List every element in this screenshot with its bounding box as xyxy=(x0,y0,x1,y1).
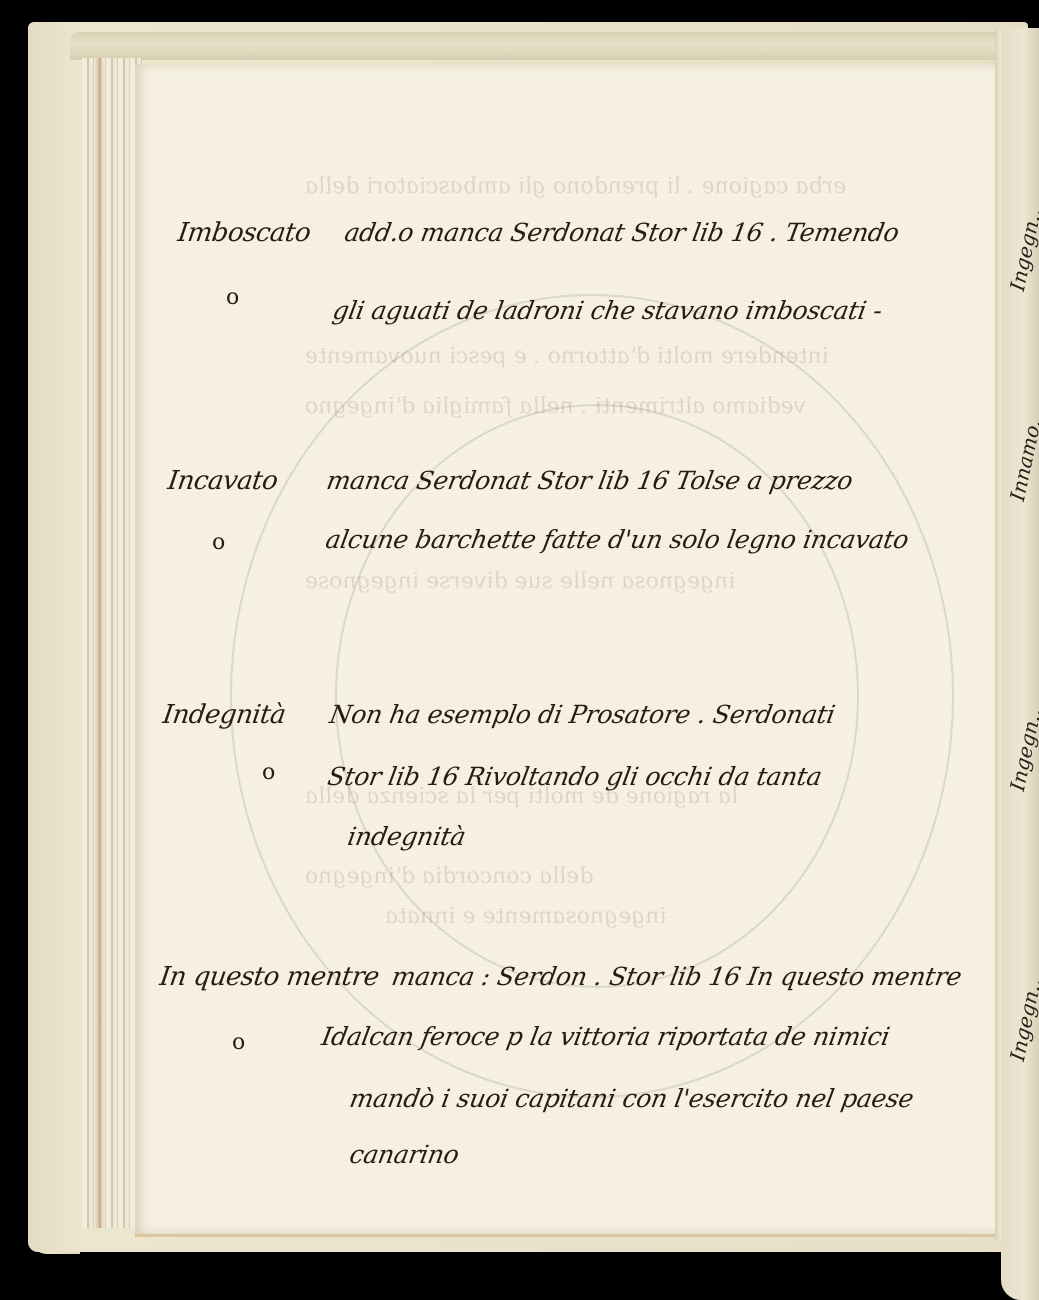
facing-page-word: Ingegn... xyxy=(1005,700,1039,793)
bleed-through-text: erba cagione . li prendono gli ambasciat… xyxy=(303,174,848,199)
page-block-edges xyxy=(82,58,142,1228)
entry-headword: Indegnità xyxy=(161,700,287,730)
entry-marker: o xyxy=(226,285,239,310)
bleed-through-text: intendere molti d'attorno . e pesci nuov… xyxy=(303,344,830,369)
entry-marker: o xyxy=(262,760,275,785)
entry-headword: In questo mentre xyxy=(158,962,381,992)
entry-marker: o xyxy=(232,1030,245,1055)
bleed-through-text: ingegnosa nelle sue diverse ingegnose xyxy=(303,569,737,594)
entry-text-line: Stor lib 16 Rivoltando gli occhi da tant… xyxy=(325,762,824,791)
entry-marker: o xyxy=(212,530,225,555)
entry-text-line: manca Serdonat Stor lib 16 Tolse a prezz… xyxy=(324,466,854,495)
entry-headword: Incavato xyxy=(166,466,280,496)
facing-page-word: Innamo... xyxy=(1005,405,1039,503)
entry-text-line: add.o manca Serdonat Stor lib 16 . Temen… xyxy=(342,218,901,247)
bleed-through-text: vediamo altrimenti . nella famiglia d'in… xyxy=(303,394,807,419)
entry-text-line: gli aguati de ladroni che stavano imbosc… xyxy=(330,296,884,325)
entry-text-line: canarino xyxy=(347,1140,461,1169)
cover-top-edge xyxy=(70,32,1030,60)
entry-text-line: indegnità xyxy=(345,822,467,851)
entry-text-line: manca : Serdon . Stor lib 16 In questo m… xyxy=(389,962,963,991)
facing-page-edge: Ingegn... Innamo... Ingegn... Ingegn... xyxy=(1001,28,1039,1300)
bleed-through-text: ingegnosamente e innata xyxy=(383,904,668,929)
entry-text-line: mandò i suoi capitani con l'esercito nel… xyxy=(347,1084,915,1113)
entry-text-line: alcune barchette fatte d'un solo legno i… xyxy=(323,525,910,554)
facing-page-word: Ingegn... xyxy=(1005,970,1039,1063)
facing-page-word: Ingegn... xyxy=(1005,200,1039,293)
entry-headword: Imboscato xyxy=(176,218,312,248)
entry-text-line: Idalcan feroce p la vittoria riportata d… xyxy=(319,1022,891,1051)
bleed-through-text: della concordia d'ingegno xyxy=(303,864,595,889)
entry-text-line: Non ha esemplo di Prosatore . Serdonati xyxy=(327,700,837,729)
